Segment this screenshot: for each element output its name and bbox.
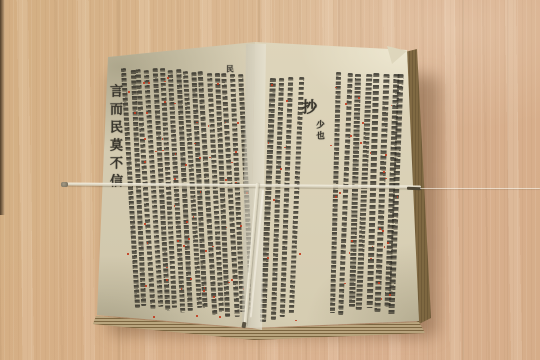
vermilion-reading-mark bbox=[358, 97, 360, 99]
vermilion-reading-mark bbox=[330, 145, 332, 147]
vermilion-reading-mark bbox=[146, 112, 148, 114]
vermilion-reading-mark bbox=[360, 142, 362, 144]
vermilion-reading-mark bbox=[237, 122, 239, 124]
vermilion-reading-mark bbox=[240, 225, 242, 227]
vermilion-reading-mark bbox=[127, 253, 129, 255]
table-edge-shadow bbox=[0, 0, 5, 215]
cord-end-right bbox=[407, 187, 421, 190]
vermilion-reading-mark bbox=[145, 285, 147, 287]
handwritten-annotation-right-large: 抄 bbox=[301, 99, 316, 114]
vermilion-reading-mark bbox=[144, 161, 146, 163]
vermilion-reading-mark bbox=[383, 171, 385, 173]
vermilion-reading-mark bbox=[144, 138, 146, 140]
vermilion-reading-mark bbox=[190, 278, 192, 280]
vermilion-reading-mark bbox=[196, 315, 198, 317]
vermilion-reading-mark bbox=[267, 257, 269, 259]
vermilion-reading-mark bbox=[299, 253, 301, 255]
vermilion-reading-mark bbox=[174, 178, 176, 180]
vermilion-reading-mark bbox=[280, 168, 282, 170]
vermilion-reading-mark bbox=[345, 103, 347, 105]
vermilion-reading-mark bbox=[153, 316, 155, 318]
vermilion-reading-mark bbox=[144, 223, 146, 225]
vermilion-reading-mark bbox=[385, 154, 387, 156]
vermilion-reading-mark bbox=[167, 77, 169, 79]
vermilion-reading-mark bbox=[134, 112, 136, 114]
vermilion-reading-mark bbox=[128, 91, 130, 93]
wood-grain-streak bbox=[507, 0, 509, 360]
vermilion-reading-mark bbox=[381, 298, 383, 300]
vermilion-reading-mark bbox=[231, 279, 233, 281]
vermilion-reading-mark bbox=[143, 82, 145, 84]
vermilion-reading-mark bbox=[273, 199, 275, 201]
vermilion-reading-mark bbox=[351, 240, 353, 242]
handwritten-annotation-left: 言而民莫不信 bbox=[108, 84, 121, 220]
vermilion-reading-mark bbox=[185, 164, 187, 166]
vermilion-reading-mark bbox=[213, 296, 215, 298]
vermilion-reading-mark bbox=[225, 179, 227, 181]
vermilion-reading-mark bbox=[385, 178, 387, 180]
vermilion-reading-mark bbox=[384, 246, 386, 248]
vermilion-reading-mark bbox=[148, 82, 150, 84]
vermilion-reading-mark bbox=[205, 250, 207, 252]
vermilion-reading-mark bbox=[183, 245, 185, 247]
vermilion-reading-mark bbox=[203, 290, 205, 292]
vermilion-reading-mark bbox=[177, 240, 179, 242]
vermilion-reading-mark bbox=[188, 238, 190, 240]
vermilion-reading-mark bbox=[164, 101, 166, 103]
vermilion-reading-mark bbox=[379, 228, 381, 230]
vermilion-reading-mark bbox=[335, 196, 337, 198]
handwritten-annotation-right-small: 少也 bbox=[315, 120, 324, 142]
cord-knot-left bbox=[61, 182, 68, 187]
vermilion-reading-mark bbox=[387, 242, 389, 244]
vermilion-reading-mark bbox=[235, 151, 237, 153]
vermilion-reading-mark bbox=[382, 230, 384, 232]
margin-character: 民 bbox=[226, 65, 234, 73]
vermilion-reading-mark bbox=[199, 157, 201, 159]
vermilion-reading-mark bbox=[219, 316, 221, 318]
vermilion-reading-mark bbox=[217, 83, 219, 85]
vermilion-reading-mark bbox=[362, 122, 364, 124]
vermilion-reading-mark bbox=[286, 100, 288, 102]
photo-canvas: { "scene": { "description": "Ancient Chi… bbox=[0, 0, 540, 360]
vermilion-reading-mark bbox=[271, 84, 273, 86]
vermilion-reading-mark bbox=[378, 282, 380, 284]
vermilion-reading-mark bbox=[295, 320, 297, 322]
wood-grain-streak bbox=[462, 0, 464, 360]
vermilion-reading-mark bbox=[350, 135, 352, 137]
vermilion-reading-mark bbox=[339, 192, 341, 194]
ancient-book: 言而民莫不信 民 抄 少也 bbox=[88, 36, 440, 348]
